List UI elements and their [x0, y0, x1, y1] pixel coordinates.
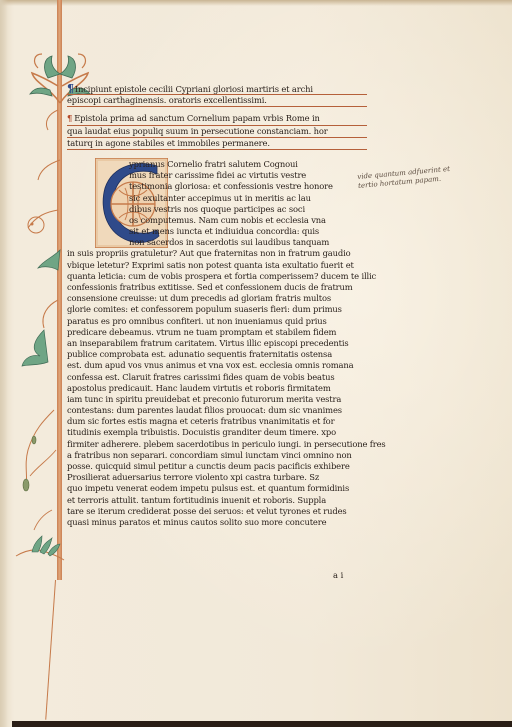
body-line: est. dum apud vos vnus animus et vna vox… [67, 360, 367, 371]
body-line: non sacerdos in sacerdotis sui laudibus … [67, 237, 367, 248]
body-line: confessa est. Claruit fratres carissimi … [67, 372, 367, 383]
body-line: tare se iterum crediderat posse dei seru… [67, 506, 367, 517]
signature-mark: a i [333, 570, 343, 580]
body-line: titudinis exempla tribuistis. Docuistis … [67, 427, 367, 438]
body-line: contestans: dum parentes laudat filios p… [67, 405, 367, 416]
body-line: predicare debeamus. vtrum ne tuam prompt… [67, 327, 367, 338]
body-line: Prosilierat aduersarius terrore violento… [67, 472, 367, 483]
body-line: vbique letetur? Exprimi satis non potest… [67, 260, 367, 271]
lower-left-foliage-ornament-icon [4, 300, 59, 540]
text-column: ¶Incipiunt epistole cecilii Cypriani glo… [67, 83, 367, 528]
page-bottom-shadow [12, 721, 512, 727]
body-line: an inseparabilem fratrum caritatem. Virt… [67, 338, 367, 349]
body-line: posse. quicquid simul petitur a cunctis … [67, 461, 367, 472]
body-line: in suis propriis gratuletur? Aut que fra… [67, 248, 367, 259]
heading-line: episcopi carthaginensis. oratoris excell… [67, 95, 367, 107]
rubric-line: taturq in agone stabiles et immobiles pe… [67, 138, 367, 150]
body-line: sit et mens iuncta et indiuidua concordi… [67, 226, 367, 237]
body-line: dibus vestris nos quoque participes ac s… [67, 204, 367, 215]
body-line: paratus es pro omnibus confiteri. ut non… [67, 316, 367, 327]
body-line: consensione creuisse: ut dum precedis ad… [67, 293, 367, 304]
body-line: quanta leticia: cum de vobis prospera et… [67, 271, 367, 282]
body-line: dum sic fortes estis magna et ceteris fr… [67, 416, 367, 427]
body-line: iam tunc in spiritu preuidebat et precon… [67, 394, 367, 405]
body-line: firmiter adherere. plebem sacerdotibus i… [67, 439, 367, 450]
body-line: testimonia gloriosa: et confessionis ves… [67, 181, 367, 192]
marginal-annotation: vide quantum adfuerint et tertio hortatu… [357, 160, 508, 191]
rubric-line: qua laudat eius populiq suum in persecut… [67, 126, 367, 138]
body-line: sic exultanter accepimus ut in meritis a… [67, 193, 367, 204]
paragraph-mark: ¶ [67, 113, 72, 123]
body-line: et terroris attulit. tantum fortitudinis… [67, 495, 367, 506]
manuscript-page: ¶Incipiunt epistole cecilii Cypriani glo… [0, 0, 512, 727]
decorative-border-tail [45, 580, 56, 720]
body-line: a fratribus non separari. concordiam sim… [67, 450, 367, 461]
body-line: quasi minus paratos et minus cautos soli… [67, 517, 367, 528]
body-line: glorie comites: et confessorem populum s… [67, 304, 367, 315]
blue-capital-mark: ¶ [67, 82, 74, 95]
body-line: publice comprobata est. adunatio sequent… [67, 349, 367, 360]
body-line: confessionis fratribus extitisse. Sed et… [67, 282, 367, 293]
body-line: os computemus. Nam cum nobis et ecclesia… [67, 215, 367, 226]
bottom-leaf-ornament-icon [12, 530, 67, 570]
page-top-edge [0, 0, 512, 6]
body-line: mus frater carissime fidei ac virtutis v… [67, 170, 367, 181]
body-line: yprianus Cornelio fratri salutem Cognoui [67, 159, 367, 170]
body-line: apostolus predicauit. Hanc laudem virtut… [67, 383, 367, 394]
body-line: quo impetu venerat eodem impetu pulsus e… [67, 483, 367, 494]
heading-line: ¶Incipiunt epistole cecilii Cypriani glo… [67, 83, 367, 95]
rubric-line: ¶Epistola prima ad sanctum Cornelium pap… [67, 113, 367, 125]
